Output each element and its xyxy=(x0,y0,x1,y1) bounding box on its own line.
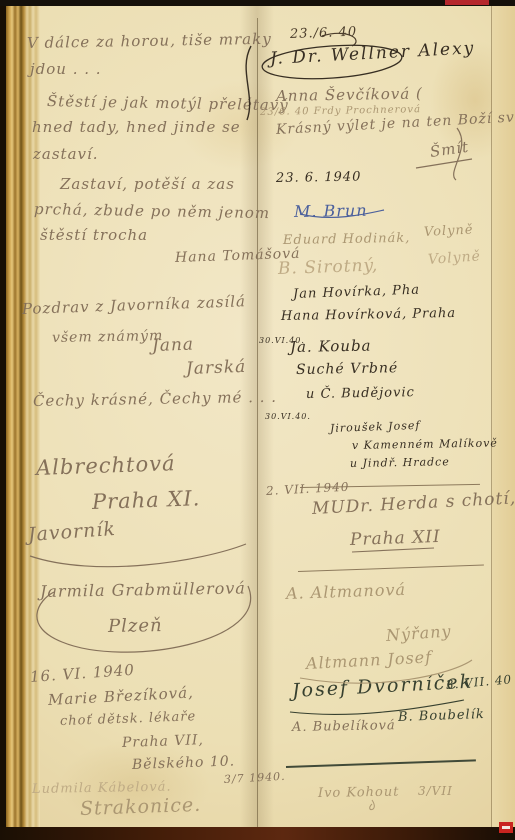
signature-blue-brun: M. Brun xyxy=(294,201,368,221)
place-suche-vrbne: Suché Vrbné xyxy=(296,360,399,378)
signature-sirotny: B. Sirotný, xyxy=(278,256,379,279)
date-23-6-40: 23./6. 40 xyxy=(290,25,358,42)
place-kamenny-malikov: v Kamenném Malíkově xyxy=(352,436,498,452)
signature-kabelova: Ludmila Kábelová. xyxy=(32,780,172,797)
signature-kohout: Ivo Kohout xyxy=(318,785,400,801)
poem-line: štěstí trocha xyxy=(40,226,148,244)
page-fold-line xyxy=(257,18,258,828)
signature-hodinak: Eduard Hodinák, xyxy=(283,231,411,248)
watermark-badge xyxy=(499,822,513,833)
place-praha-xi: Praha XI. xyxy=(92,486,201,514)
place-volyne: Volyně xyxy=(424,222,474,240)
signature-grabmullerova: Jarmila Grabmüllerová xyxy=(40,578,246,601)
scan-bottom-border xyxy=(0,827,515,840)
signature-kouba: Ja. Kouba xyxy=(290,337,372,356)
signature-albrechtova: Albrechtová xyxy=(36,451,176,480)
signature-bubelikova: A. Bubelíková xyxy=(292,718,396,735)
place-jindr-hradec: u Jindř. Hradce xyxy=(350,455,450,470)
guestbook-scan: V dálce za horou, tiše mraky jdou . . . … xyxy=(0,0,515,840)
poem-line: zastaví. xyxy=(33,145,99,163)
scan-top-red-strip xyxy=(445,0,489,5)
signature-hana-hovirkova: Hana Hovírková, Praha xyxy=(281,306,456,324)
date-3-vii: 3/VII xyxy=(418,784,453,798)
poem-line: Zastaví, potěší a zas xyxy=(60,175,235,193)
poem-line: jdou . . . xyxy=(30,60,102,78)
date-30-vi-40-2: 30.VI.40. xyxy=(265,412,311,421)
date-23-6-1940: 23. 6. 1940 xyxy=(276,170,362,186)
signature-sevcikova: Anna Ševčíková ( xyxy=(276,84,423,105)
signature-boubelik: B. Boubelík xyxy=(398,707,485,725)
place-praha-vii: Praha VII, xyxy=(122,732,204,751)
signature-jana: Jana xyxy=(152,335,195,356)
place-budejovice: u Č. Budějovic xyxy=(306,385,415,402)
greeting-line: všem známým xyxy=(52,328,164,346)
scan-top-border xyxy=(0,0,515,6)
signature-jarska: Jarská xyxy=(186,357,247,379)
poem-line: hned tady, hned jinde se xyxy=(32,118,241,136)
place-strakonice: Strakonice. xyxy=(80,794,202,820)
place-praha-xii: Praha XII xyxy=(350,527,441,550)
watermark-mark xyxy=(502,826,510,829)
place-plzen: Plzeň xyxy=(108,615,163,637)
